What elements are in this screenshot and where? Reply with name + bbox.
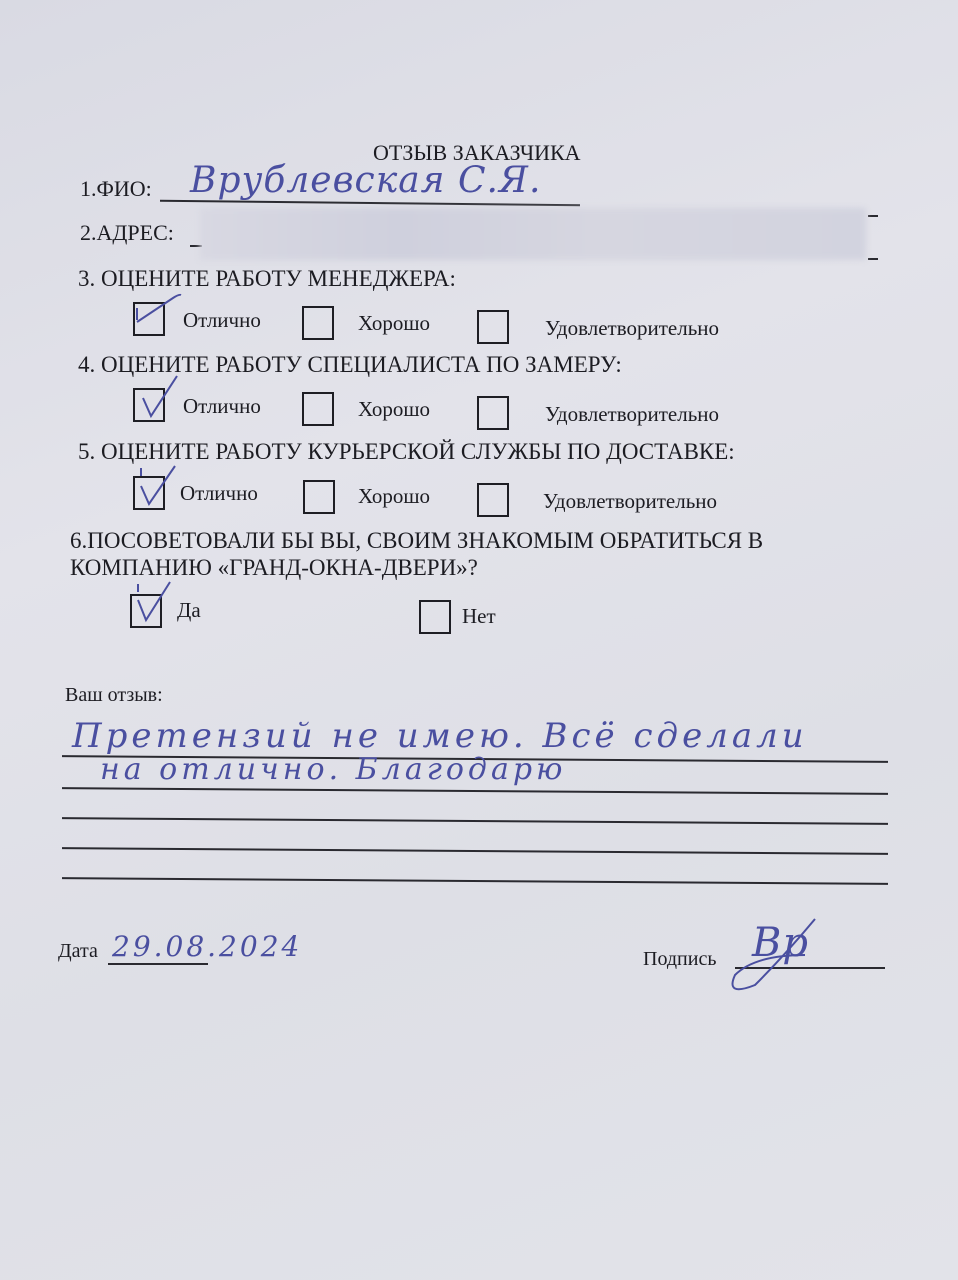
signature-scribble-icon <box>715 915 825 995</box>
q6-label-no: Нет <box>462 604 496 629</box>
address-label: 2.АДРЕС: <box>80 220 174 246</box>
review-line-5 <box>62 877 888 884</box>
review-text-line-2[interactable]: на отлично. Благодарю <box>100 752 566 787</box>
q3-label-good: Хорошо <box>358 311 430 336</box>
q4-checkbox-good[interactable] <box>302 392 334 426</box>
review-line-4 <box>62 847 888 854</box>
review-label: Ваш отзыв: <box>65 684 163 707</box>
check-mark-icon <box>133 462 183 517</box>
q6-label-yes: Да <box>177 598 201 623</box>
review-text-line-1[interactable]: Претензий не имею. Всё сделали <box>72 716 808 756</box>
q4-label-good: Хорошо <box>358 397 430 422</box>
date-underline <box>108 963 208 965</box>
address-underline-end-2 <box>868 258 878 260</box>
q3-checkbox-satisfactory[interactable] <box>477 310 509 344</box>
q3-label-excellent: Отлично <box>183 308 261 333</box>
q4-checkbox-satisfactory[interactable] <box>477 396 509 430</box>
q5-checkbox-good[interactable] <box>303 480 335 514</box>
review-line-2 <box>62 787 888 794</box>
fio-field[interactable]: Врублевская С.Я. <box>190 160 541 201</box>
date-field[interactable]: 29.08.2024 <box>112 930 302 963</box>
q4-label-satisfactory: Удовлетворительно <box>545 402 719 427</box>
date-label: Дата <box>58 940 98 963</box>
check-mark-icon <box>130 578 180 628</box>
q3-checkbox-good[interactable] <box>302 306 334 340</box>
check-mark-icon <box>133 368 183 428</box>
review-line-3 <box>62 817 888 824</box>
address-underline-end-1 <box>868 215 878 217</box>
check-mark-icon <box>133 292 183 337</box>
question-6-line-1: 6.ПОСОВЕТОВАЛИ БЫ ВЫ, СВОИМ ЗНАКОМЫМ ОБР… <box>70 528 763 554</box>
address-field-redacted[interactable] <box>200 208 866 260</box>
q3-label-satisfactory: Удовлетворительно <box>545 316 719 341</box>
q5-label-excellent: Отлично <box>180 481 258 506</box>
signature-label: Подпись <box>643 948 716 971</box>
q5-checkbox-satisfactory[interactable] <box>477 483 509 517</box>
q5-label-good: Хорошо <box>358 484 430 509</box>
q5-label-satisfactory: Удовлетворительно <box>543 489 717 514</box>
q4-label-excellent: Отлично <box>183 394 261 419</box>
question-3: 3. ОЦЕНИТЕ РАБОТУ МЕНЕДЖЕРА: <box>78 266 456 292</box>
q6-checkbox-no[interactable] <box>419 600 451 634</box>
fio-label: 1.ФИО: <box>80 176 152 202</box>
